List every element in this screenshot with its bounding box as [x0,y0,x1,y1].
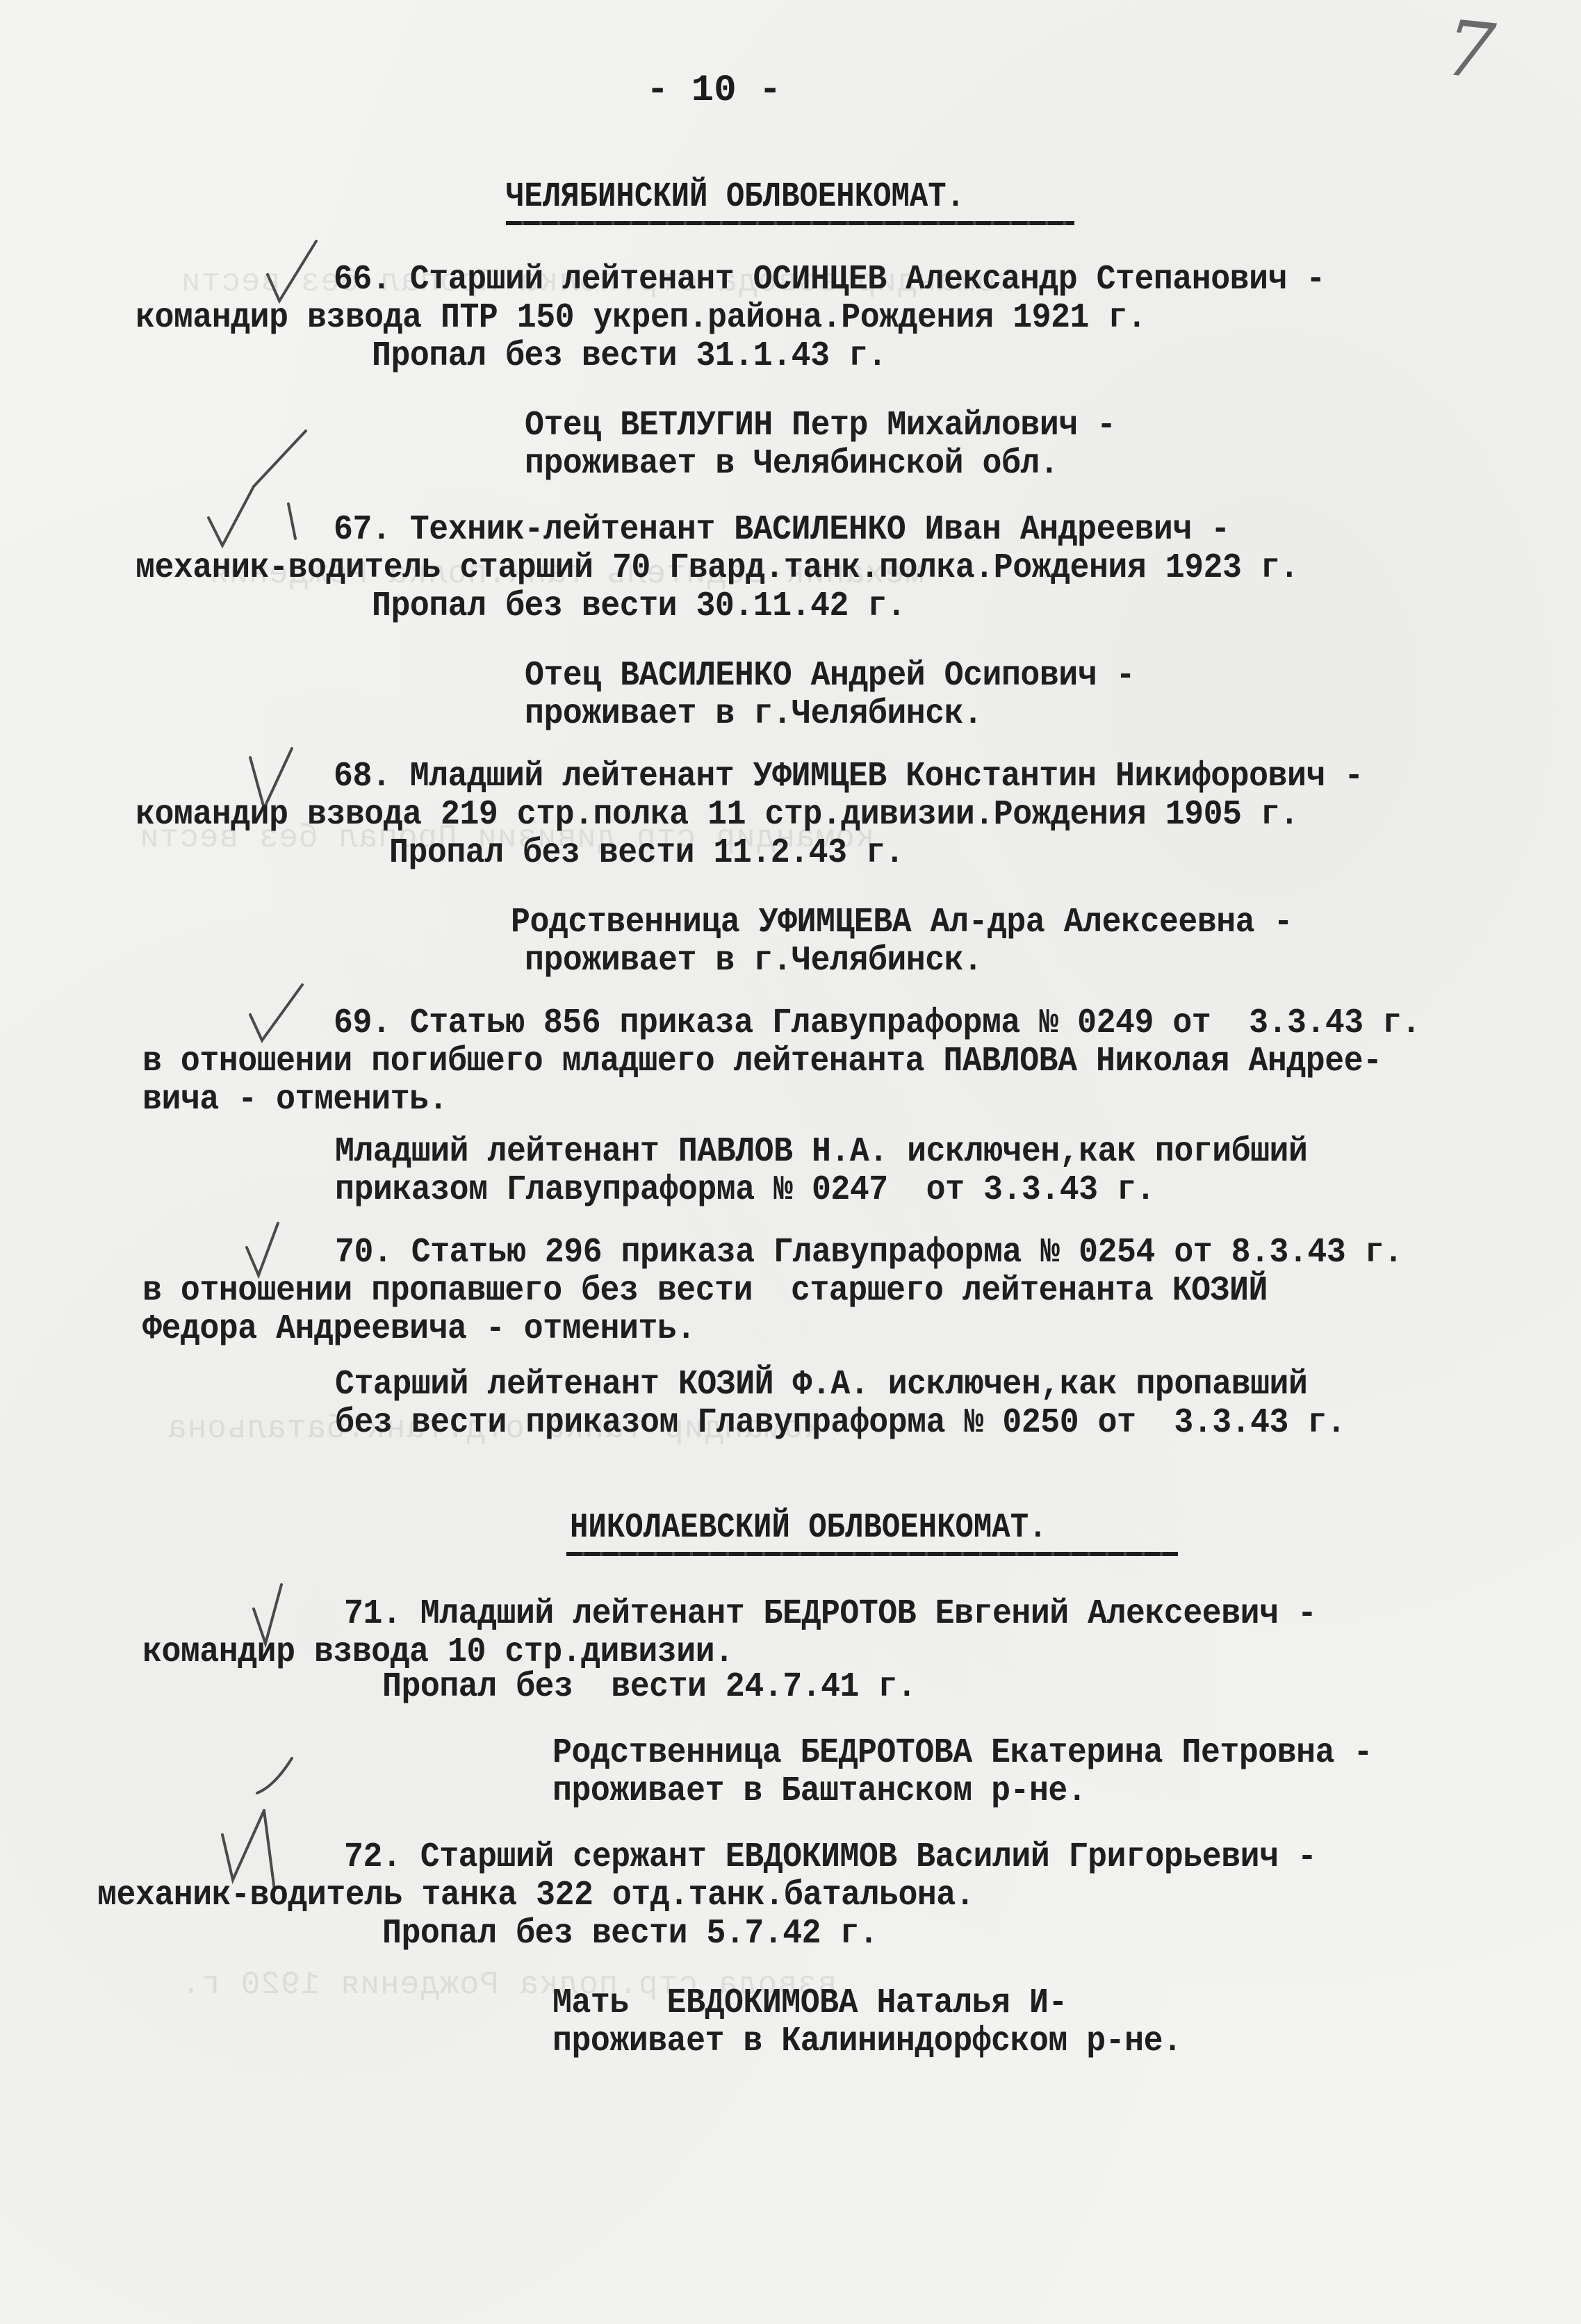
entry-71-line-1: 71. Младший лейтенант БЕДРОТОВ Евгений А… [344,1595,1316,1634]
entry-71-line-2: командир взвода 10 стр.дивизии. [142,1633,734,1672]
entry-68-line-1: 68. Младший лейтенант УФИМЦЕВ Константин… [334,758,1363,796]
entry-66-line-3: Пропал без вести 31.1.43 г. [372,337,887,376]
entry-70-line-2: в отношении пропавшего без вести старшег… [142,1272,1268,1311]
entry-70-line-3: Федора Андреевича - отменить. [142,1310,696,1349]
entry-69-line-3: вича - отменить. [142,1081,448,1120]
entry-66-line-1: 66. Старший лейтенант ОСИНЦЕВ Александр … [334,261,1325,300]
entry-67-relative-2: проживает в г.Челябинск. [525,695,983,734]
entry-69-line-2: в отношении погибшего младшего лейтенант… [142,1042,1382,1081]
entry-68-line-2: командир взвода 219 стр.полка 11 стр.див… [136,796,1299,835]
entry-66-relative-2: проживает в Челябинской обл. [525,445,1058,484]
entry-69-note-2: приказом Главупраформа № 0247 от 3.3.43 … [335,1171,1155,1210]
entry-70-note-2: без вести приказом Главупраформа № 0250 … [335,1404,1345,1443]
document-page: командир взвода стр.полка Пропал без вес… [0,0,1581,2324]
entry-72-relative-1: Мать ЕВДОКИМОВА Наталья И- [552,1984,1067,2023]
entry-72-relative-2: проживает в Калининдорфском р-не. [552,2022,1182,2061]
entry-68-line-3: Пропал без вести 11.2.43 г. [389,834,904,873]
entry-69-line-1: 69. Статью 856 приказа Главупраформа № 0… [334,1004,1420,1043]
entry-71-line-3: Пропал без вести 24.7.41 г. [382,1668,916,1707]
entry-67-line-1: 67. Техник-лейтенант ВАСИЛЕНКО Иван Андр… [334,511,1230,550]
entry-71-relative-2: проживает в Баштанском р-не. [552,1772,1086,1811]
heading-underline [506,221,1074,225]
heading-underline [566,1552,1178,1556]
checkmark-icon [264,240,320,302]
section-heading-nikolaev: НИКОЛАЕВСКИЙ ОБЛВОЕНКОМАТ. [570,1508,1047,1548]
archive-page-number: 7 [1441,3,1499,97]
entry-72-line-3: Пропал без вести 5.7.42 г. [382,1915,878,1954]
entry-66-relative-1: Отец ВЕТЛУГИН Петр Михайлович - [525,407,1116,445]
section-heading-chelyabinsk: ЧЕЛЯБИНСКИЙ ОБЛВОЕНКОМАТ. [506,177,965,217]
entry-71-relative-1: Родственница БЕДРОТОВА Екатерина Петровн… [552,1734,1373,1773]
entry-66-line-2: командир взвода ПТР 150 укреп.района.Рож… [136,299,1146,338]
entry-67-line-2: механик-водитель старший 70 Гвард.танк.п… [136,549,1299,588]
entry-70-note-1: Старший лейтенант КОЗИЙ Ф.А. исключен,ка… [335,1366,1307,1405]
entry-67-line-3: Пропал без вести 30.11.42 г. [372,587,906,626]
entry-72-line-2: механик-водитель танка 322 отд.танк.бата… [97,1876,974,1915]
entry-70-line-1: 70. Статью 296 приказа Главупраформа № 0… [335,1234,1403,1273]
checkmark-icon [247,983,302,1046]
entry-69-note-1: Младший лейтенант ПАВЛОВ Н.А. исключен,к… [335,1133,1307,1172]
page-number: - 10 - [646,69,781,112]
entry-67-relative-1: Отец ВАСИЛЕНКО Андрей Осипович - [525,657,1135,696]
entry-72-line-1: 72. Старший сержант ЕВДОКИМОВ Василий Гр… [344,1838,1316,1877]
entry-68-relative-1: Родственница УФИМЦЕВА Ал-дра Алексеевна … [511,903,1293,942]
entry-68-relative-2: проживает в г.Челябинск. [525,942,983,981]
checkmark-icon [202,417,306,556]
